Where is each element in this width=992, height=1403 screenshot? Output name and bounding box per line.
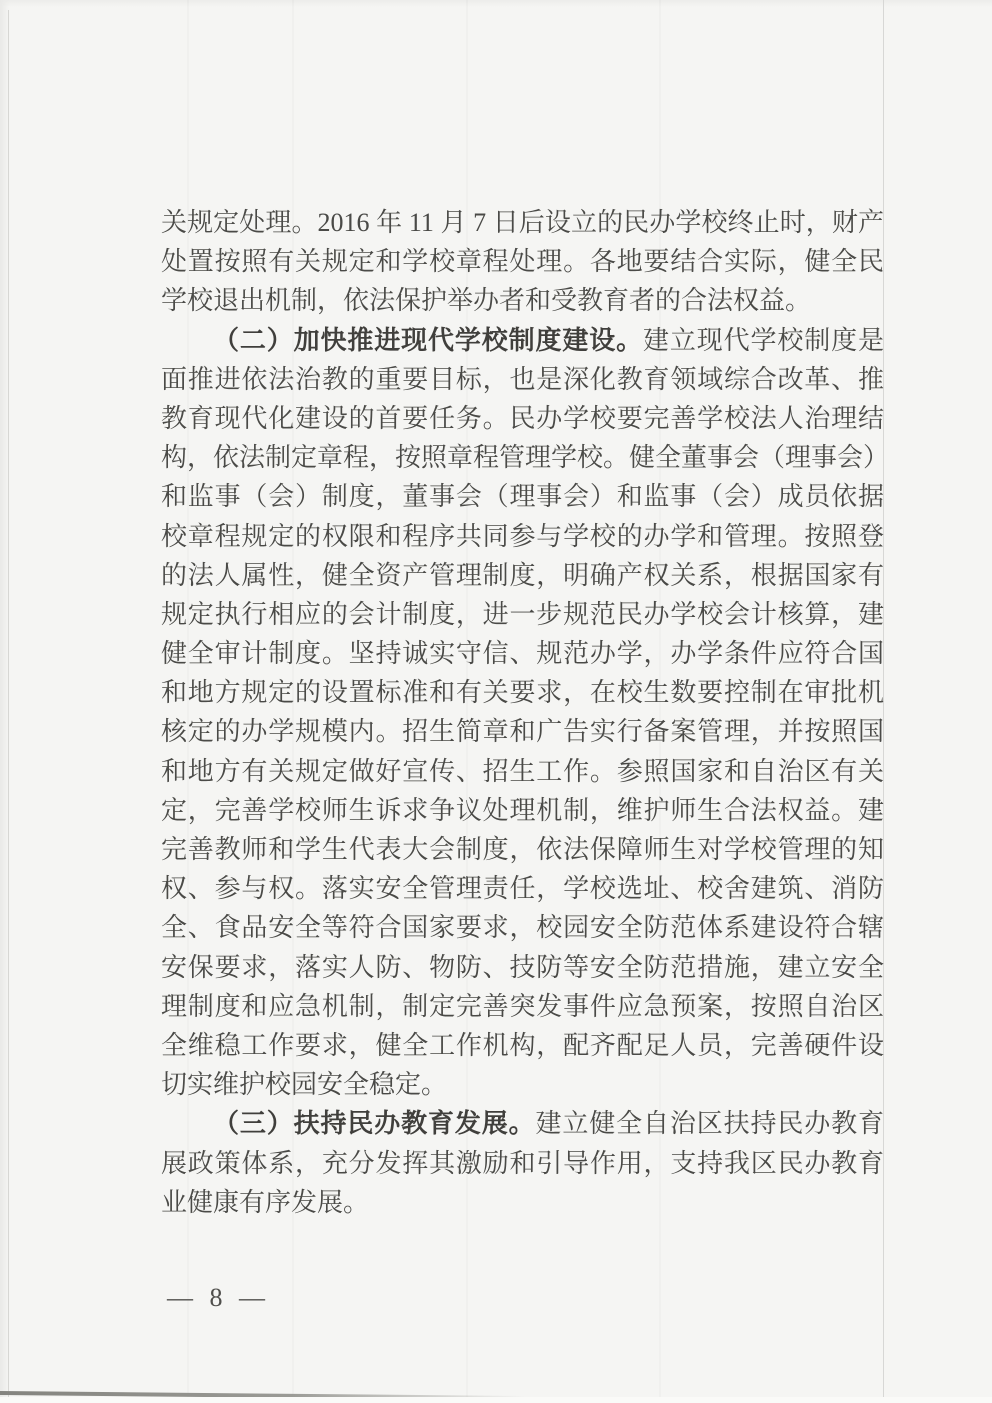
text-line: 处置按照有关规定和学校章程处理。各地要结合实际，健全民办 [161,242,884,281]
text-line: 教育现代化建设的首要任务。民办学校要完善学校法人治理结 [161,399,884,438]
body-text: 处置按照有关规定和学校章程处理。各地要结合实际，健全民办 [161,247,884,281]
text-line: 关规定处理。2016 年 11 月 7 日后设立的民办学校终止时，财产 [161,203,884,242]
body-text: 构，依法制定章程，按照章程管理学校。健全董事会（理事会） [161,443,884,472]
body-text: 业健康有序发展。 [161,1188,369,1217]
top-scan-shading [0,0,992,7]
bottom-scan-shadow [0,1391,525,1400]
text-line: 全维稳工作要求，健全工作机构，配齐配足人员，完善硬件设施， [161,1026,884,1065]
body-text: 核定的办学规模内。招生简章和广告实行备案管理，并按照国家 [161,717,884,751]
body-text: 完善教师和学生代表大会制度，依法保障师生对学校管理的知情 [161,835,884,869]
text-line: 构，依法制定章程，按照章程管理学校。健全董事会（理事会） [161,438,884,477]
text-line: 的法人属性，健全资产管理制度，明确产权关系，根据国家有关 [161,556,884,595]
text-line: 面推进依法治教的重要目标，也是深化教育领域综合改革、推进 [161,360,884,399]
body-text: 安保要求，落实人防、物防、技防等安全防范措施，建立安全管 [161,953,884,987]
text-line: 权、参与权。落实安全管理责任，学校选址、校舍建筑、消防安 [161,869,884,908]
body-text: 关规定处理。2016 年 11 月 7 日后设立的民办学校终止时，财产 [161,208,884,237]
body-text: 的法人属性，健全资产管理制度，明确产权关系，根据国家有关 [161,561,884,595]
page-number: — 8 — [167,1283,270,1313]
body-text: 全维稳工作要求，健全工作机构，配齐配足人员，完善硬件设施， [161,1031,884,1065]
body-text: 权、参与权。落实安全管理责任，学校选址、校舍建筑、消防安 [161,874,884,908]
text-line: 业健康有序发展。 [161,1183,884,1222]
body-text: 切实维护校园安全稳定。 [161,1070,447,1099]
text-line: 定，完善学校师生诉求争议处理机制，维护师生合法权益。建立 [161,791,884,830]
text-line: （三）扶持民办教育发展。建立健全自治区扶持民办教育发 [161,1104,884,1143]
body-text: 校章程规定的权限和程序共同参与学校的办学和管理。按照登记 [161,522,884,556]
text-line: 学校退出机制，依法保护举办者和受教育者的合法权益。 [161,281,884,320]
text-line: 和地方规定的设置标准和有关要求，在校生数要控制在审批机关 [161,673,884,712]
body-text: 规定执行相应的会计制度，进一步规范民办学校会计核算，建立 [161,600,884,634]
body-text: 教育现代化建设的首要任务。民办学校要完善学校法人治理结 [161,404,884,433]
text-line: 理制度和应急机制，制定完善突发事件应急预案，按照自治区安 [161,987,884,1026]
text-line: 和监事（会）制度，董事会（理事会）和监事（会）成员依据学 [161,477,884,516]
document-body-text: 关规定处理。2016 年 11 月 7 日后设立的民办学校终止时，财产 处置按照… [161,203,884,1222]
body-text: 和地方规定的设置标准和有关要求，在校生数要控制在审批机关 [161,678,884,712]
body-text: 和监事（会）制度，董事会（理事会）和监事（会）成员依据学 [161,482,884,516]
text-line: 健全审计制度。坚持诚实守信、规范办学，办学条件应符合国家 [161,634,884,673]
heading-text: （二）加快推进现代学校制度建设。 [213,326,643,355]
text-line: 全、食品安全等符合国家要求，校园安全防范体系建设符合辖区 [161,908,884,947]
body-text: 学校退出机制，依法保护举办者和受教育者的合法权益。 [161,286,811,315]
body-text: 健全审计制度。坚持诚实守信、规范办学，办学条件应符合国家 [161,639,884,673]
body-text: 和地方有关规定做好宣传、招生工作。参照国家和自治区有关规 [161,757,884,791]
text-line: 完善教师和学生代表大会制度，依法保障师生对学校管理的知情 [161,830,884,869]
body-text: 理制度和应急机制，制定完善突发事件应急预案，按照自治区安 [161,992,884,1026]
body-text: 定，完善学校师生诉求争议处理机制，维护师生合法权益。建立 [161,796,884,830]
left-scan-edge-line [8,10,9,1403]
text-line: 展政策体系，充分发挥其激励和引导作用，支持我区民办教育事 [161,1144,884,1183]
text-line: 切实维护校园安全稳定。 [161,1065,884,1104]
heading-text: （三）扶持民办教育发展。 [213,1109,536,1138]
body-text: 面推进依法治教的重要目标，也是深化教育领域综合改革、推进 [161,365,884,399]
text-line: 规定执行相应的会计制度，进一步规范民办学校会计核算，建立 [161,595,884,634]
bottom-scan-band [0,1397,992,1403]
text-line: 校章程规定的权限和程序共同参与学校的办学和管理。按照登记 [161,517,884,556]
body-text: 展政策体系，充分发挥其激励和引导作用，支持我区民办教育事 [161,1149,884,1183]
text-line: 和地方有关规定做好宣传、招生工作。参照国家和自治区有关规 [161,752,884,791]
text-line: 核定的办学规模内。招生简章和广告实行备案管理，并按照国家 [161,712,884,751]
text-line: （二）加快推进现代学校制度建设。建立现代学校制度是全 [161,321,884,360]
body-text: 全、食品安全等符合国家要求，校园安全防范体系建设符合辖区 [161,913,884,947]
left-scan-edge [0,0,9,1403]
scanned-document-page: 关规定处理。2016 年 11 月 7 日后设立的民办学校终止时，财产 处置按照… [0,0,992,1403]
text-line: 安保要求，落实人防、物防、技防等安全防范措施，建立安全管 [161,948,884,987]
